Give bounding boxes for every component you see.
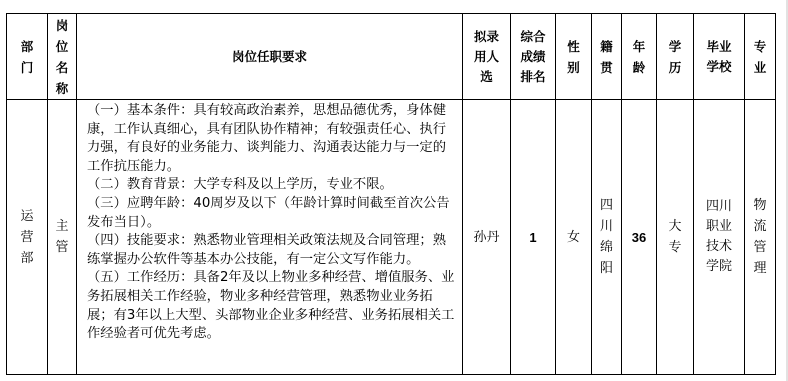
cell-major: 物流管理 — [745, 100, 776, 375]
requirement-skills: （四）技能要求：熟悉物业管理相关政策法规及合同管理；熟练掌握办公软件等基本办公技… — [87, 232, 456, 269]
header-major: 专业 — [745, 14, 776, 100]
recruitment-table: 部门 岗位名称 岗位任职要求 拟录用人选 综合成绩排名 性别 籍贯 年龄 学历 … — [6, 13, 776, 375]
requirement-education: （二）教育背景：大学专科及以上学历，专业不限。 — [87, 176, 456, 195]
header-school: 毕业学校 — [694, 14, 745, 100]
header-gender: 性别 — [556, 14, 592, 100]
header-row: 部门 岗位名称 岗位任职要求 拟录用人选 综合成绩排名 性别 籍贯 年龄 学历 … — [7, 14, 776, 100]
cell-requirements: （一）基本条件：具有较高政治素养，思想品德优秀，身体健康，工作认真细心，具有团队… — [77, 100, 463, 375]
header-position-name: 岗位名称 — [48, 14, 77, 100]
requirement-basic: （一）基本条件：具有较高政治素养，思想品德优秀，身体健康，工作认真细心，具有团队… — [87, 102, 456, 176]
cell-candidate: 孙丹 — [463, 100, 511, 375]
header-candidate: 拟录用人选 — [463, 14, 511, 100]
cell-education: 大专 — [657, 100, 694, 375]
cell-position-name: 主管 — [48, 100, 77, 375]
cell-native-place: 四川绵阳 — [592, 100, 622, 375]
cell-age: 36 — [622, 100, 657, 375]
header-education: 学历 — [657, 14, 694, 100]
header-department: 部门 — [7, 14, 48, 100]
header-native-place: 籍贯 — [592, 14, 622, 100]
cell-rank: 1 — [511, 100, 556, 375]
header-rank: 综合成绩排名 — [511, 14, 556, 100]
cell-department: 运营部 — [7, 100, 48, 375]
requirement-age: （三）应聘年龄：40周岁及以下（年龄计算时间截至首次公告发布当日）。 — [87, 195, 456, 232]
header-age: 年龄 — [622, 14, 657, 100]
document-page: 部门 岗位名称 岗位任职要求 拟录用人选 综合成绩排名 性别 籍贯 年龄 学历 … — [0, 0, 788, 381]
cell-school: 四川职业技术学院 — [694, 100, 745, 375]
requirement-experience: （五）工作经历：具备2年及以上物业多种经营、增值服务、业务拓展相关工作经验，物业… — [87, 269, 456, 343]
header-requirements: 岗位任职要求 — [77, 14, 463, 100]
table-row: 运营部 主管 （一）基本条件：具有较高政治素养，思想品德优秀，身体健康，工作认真… — [7, 100, 776, 375]
cell-gender: 女 — [556, 100, 592, 375]
